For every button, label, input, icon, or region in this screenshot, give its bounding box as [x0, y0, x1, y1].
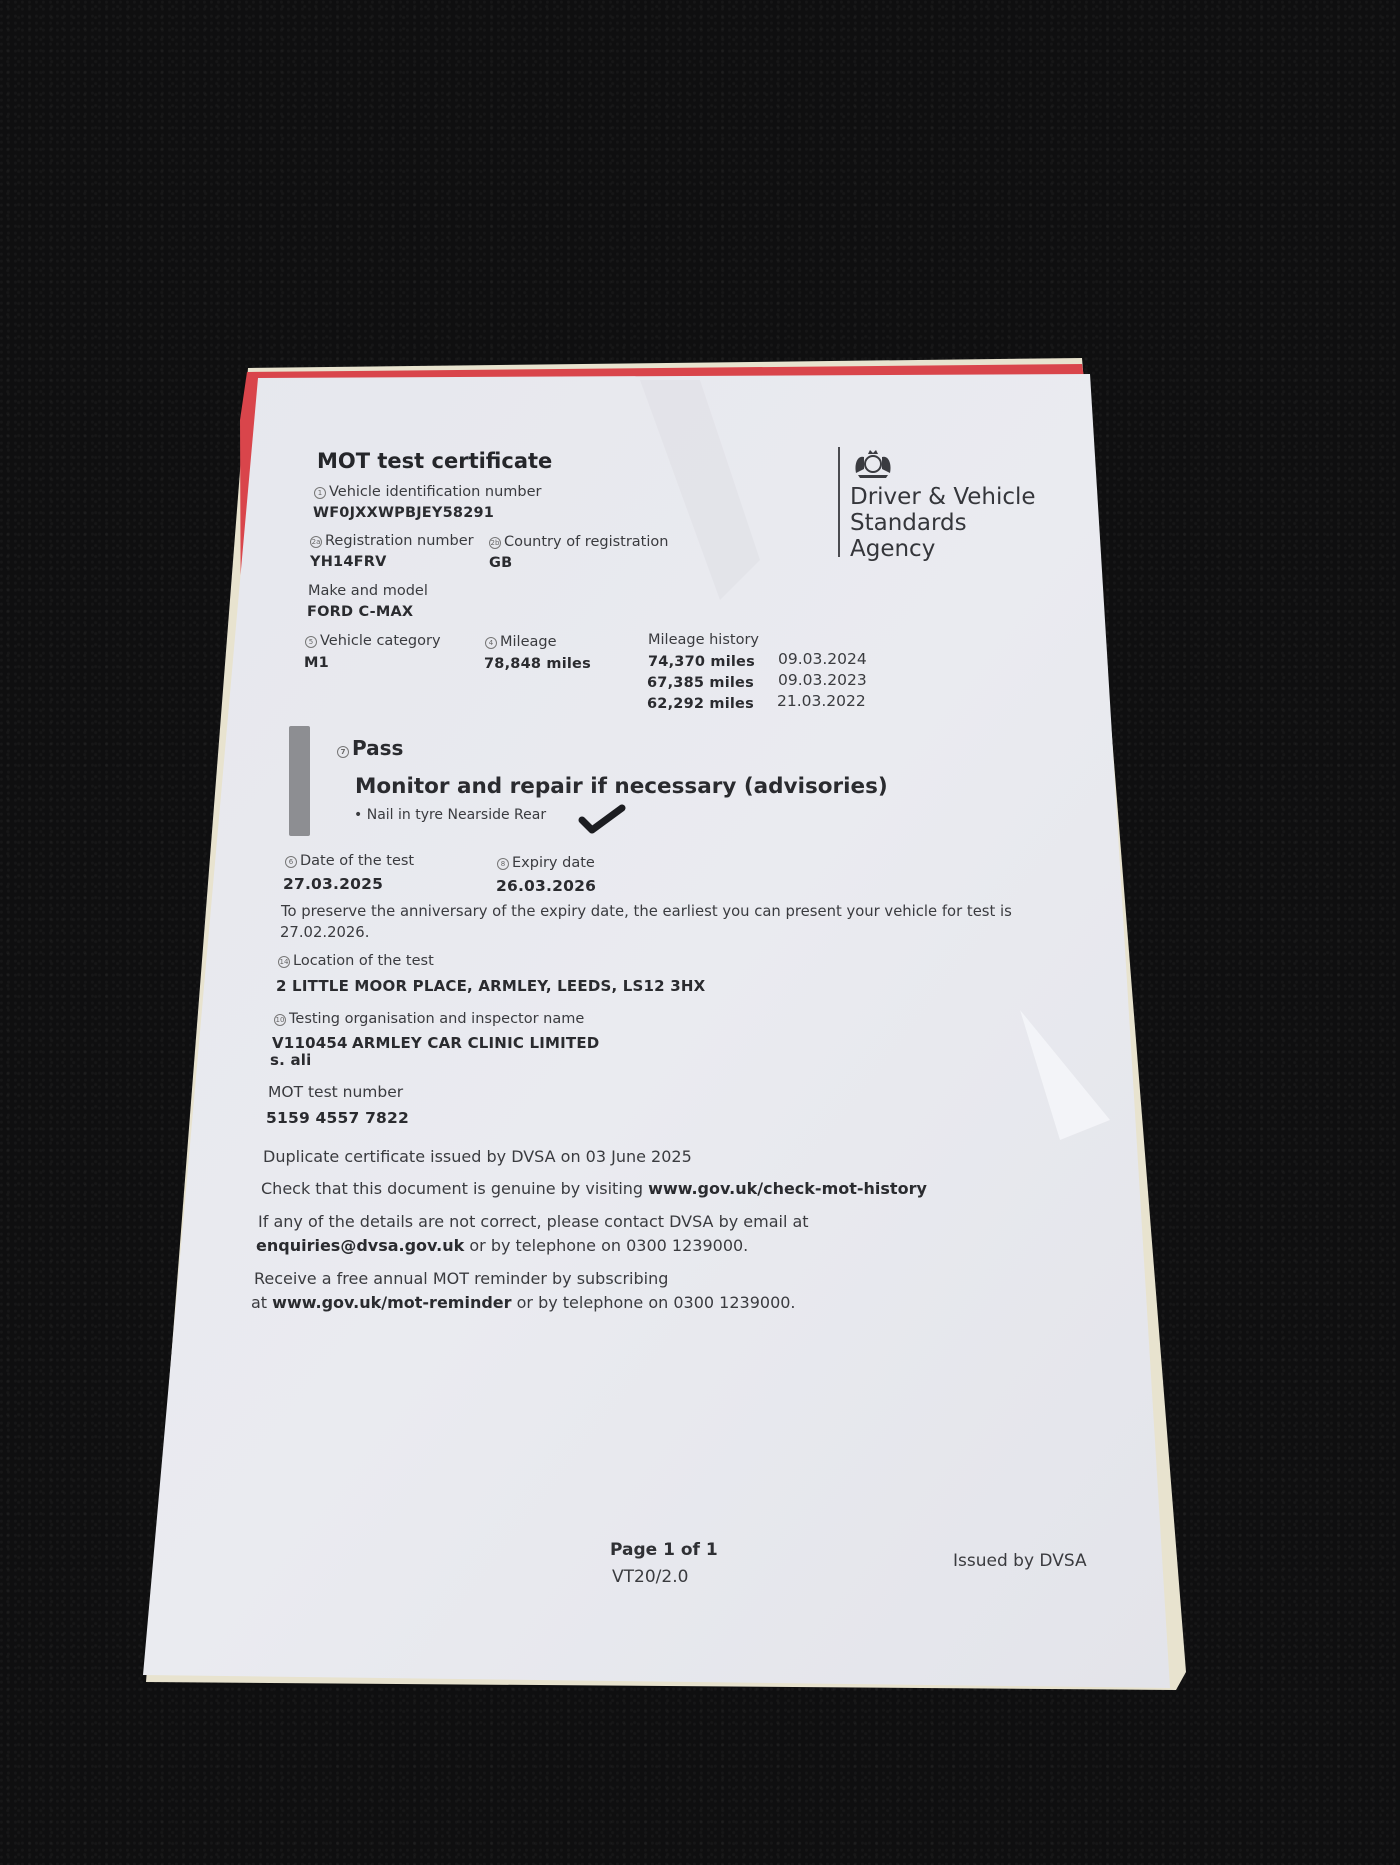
- mot-reminder-link[interactable]: www.gov.uk/mot-reminder: [272, 1293, 511, 1312]
- anniversary-date: 27.02.2026.: [280, 924, 369, 941]
- make-model-value: FORD C-MAX: [307, 604, 413, 621]
- reminder-notice-line2: at www.gov.uk/mot-reminder or by telepho…: [251, 1294, 796, 1312]
- mileage-value: 78,848 miles: [484, 656, 591, 673]
- marker-icon: 2a: [310, 536, 322, 548]
- contact-notice-line2: enquiries@dvsa.gov.uk or by telephone on…: [256, 1237, 748, 1255]
- advisories-title: Monitor and repair if necessary (advisor…: [355, 775, 888, 800]
- marker-icon: 5: [305, 636, 317, 648]
- issuer-name: Driver & Vehicle Standards Agency: [850, 484, 1050, 562]
- country-value: GB: [489, 555, 512, 572]
- test-number-label: MOT test number: [268, 1084, 403, 1102]
- form-code: VT20/2.0: [612, 1568, 688, 1588]
- duplicate-notice: Duplicate certificate issued by DVSA on …: [263, 1148, 692, 1166]
- advisory-item: • Nail in tyre Nearside Rear: [354, 807, 546, 823]
- marker-icon: 1: [314, 487, 326, 499]
- country-label: 2bCountry of registration: [489, 534, 668, 551]
- testing-org-name: ARMLEY CAR CLINIC LIMITED: [352, 1035, 599, 1052]
- mileage-history-label: Mileage history: [648, 632, 759, 649]
- category-value: M1: [304, 655, 329, 672]
- genuine-check-notice: Check that this document is genuine by v…: [261, 1180, 927, 1198]
- location-value: 2 LITTLE MOOR PLACE, ARMLEY, LEEDS, LS12…: [276, 978, 705, 995]
- registration-value: YH14FRV: [310, 554, 387, 571]
- test-number-value: 5159 4557 7822: [266, 1110, 409, 1128]
- royal-crest-icon: [850, 447, 896, 479]
- vin-label: 1Vehicle identification number: [314, 484, 542, 501]
- test-date-label: 6Date of the test: [285, 853, 414, 870]
- expiry-date-label: 8Expiry date: [497, 855, 595, 872]
- category-label: 5Vehicle category: [305, 633, 441, 650]
- check-mark-icon: [578, 800, 626, 836]
- logo-divider: [838, 447, 840, 557]
- check-mot-history-link[interactable]: www.gov.uk/check-mot-history: [648, 1179, 927, 1198]
- page-number: Page 1 of 1: [610, 1541, 718, 1561]
- history-date: 21.03.2022: [777, 693, 866, 711]
- vin-value: WF0JXXWPBJEY58291: [313, 505, 494, 522]
- history-date: 09.03.2024: [778, 651, 867, 669]
- history-miles: 74,370 miles: [648, 654, 755, 671]
- marker-icon: 14: [278, 956, 290, 968]
- registration-label: 2aRegistration number: [310, 533, 474, 550]
- page-title: MOT test certificate: [317, 449, 552, 473]
- marker-icon: 8: [497, 858, 509, 870]
- history-date: 09.03.2023: [778, 672, 867, 690]
- marker-icon: 4: [485, 637, 497, 649]
- testing-org-id: V110454: [272, 1035, 348, 1052]
- testing-org-label: 10Testing organisation and inspector nam…: [274, 1011, 584, 1028]
- history-miles: 67,385 miles: [647, 675, 754, 692]
- reminder-notice-line1: Receive a free annual MOT reminder by su…: [254, 1270, 668, 1288]
- location-label: 14Location of the test: [278, 953, 434, 970]
- mileage-label: 4Mileage: [485, 634, 557, 651]
- contact-notice-line1: If any of the details are not correct, p…: [258, 1213, 809, 1231]
- marker-icon: 6: [285, 856, 297, 868]
- inspector-name: s. ali: [270, 1052, 311, 1069]
- anniversary-note: To preserve the anniversary of the expir…: [281, 903, 1012, 920]
- issued-by: Issued by DVSA: [953, 1552, 1087, 1572]
- marker-icon: 7: [337, 746, 349, 758]
- contact-email-link[interactable]: enquiries@dvsa.gov.uk: [256, 1236, 464, 1255]
- make-model-label: Make and model: [308, 583, 428, 600]
- marker-icon: 2b: [489, 537, 501, 549]
- expiry-date-value: 26.03.2026: [496, 878, 596, 896]
- result-bar: [289, 726, 310, 836]
- marker-icon: 10: [274, 1014, 286, 1026]
- result-status: 7Pass: [337, 737, 403, 760]
- history-miles: 62,292 miles: [647, 696, 754, 713]
- test-date-value: 27.03.2025: [283, 876, 383, 894]
- certificate-page: MOT test certificate Driver & Vehicle St…: [0, 0, 1400, 1865]
